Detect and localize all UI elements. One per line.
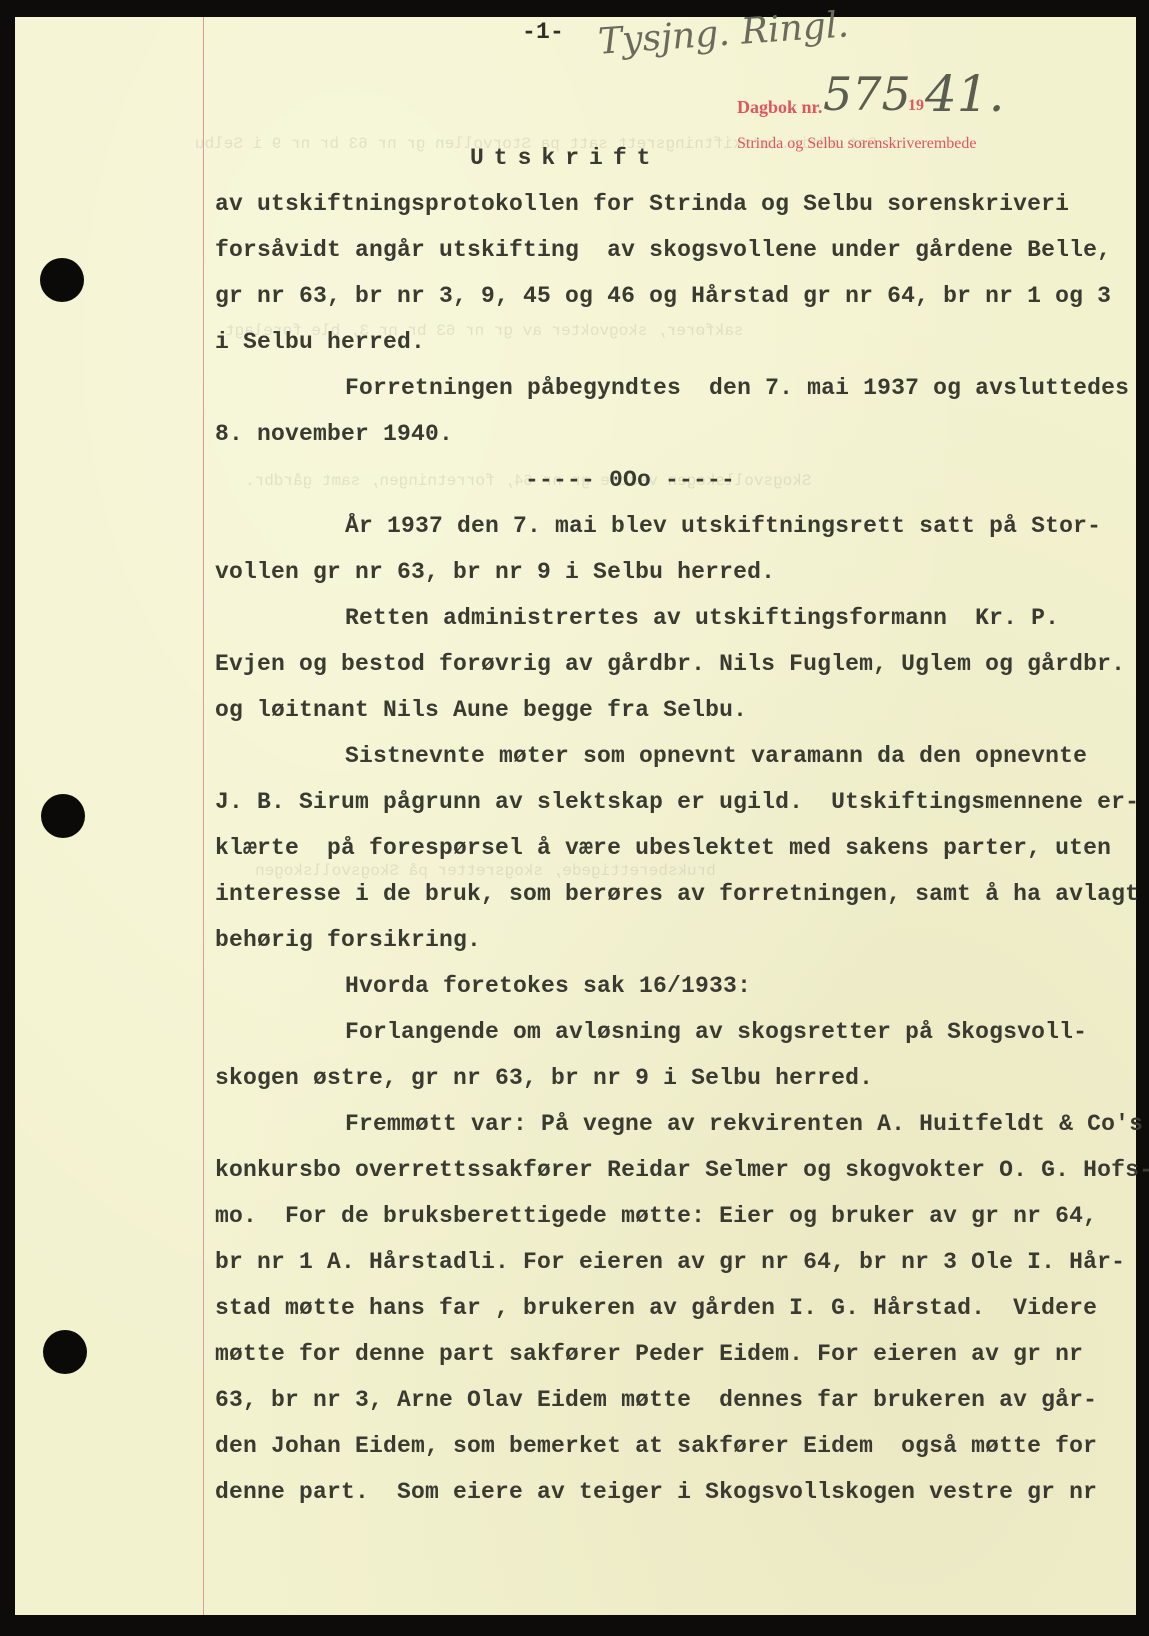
- text-line: Forlangende om avløsning av skogsretter …: [345, 1021, 1087, 1044]
- punch-hole: [40, 258, 84, 302]
- text-line: 63, br nr 3, Arne Olav Eidem møtte denne…: [215, 1389, 1097, 1412]
- stamp-dagbok-label: Dagbok nr.: [737, 97, 822, 118]
- punch-hole: [41, 794, 85, 838]
- section-divider: ----- 0Oo -----: [525, 469, 735, 492]
- text-line: møtte for denne part sakfører Peder Eide…: [215, 1343, 1083, 1366]
- text-line: br nr 1 A. Hårstadli. For eieren av gr n…: [215, 1251, 1125, 1274]
- punch-hole: [43, 1330, 87, 1374]
- text-line: interesse i de bruk, som berøres av forr…: [215, 883, 1139, 906]
- text-line: klærte på forespørsel å være ubeslektet …: [215, 837, 1111, 860]
- text-line: Forretningen påbegyndtes den 7. mai 1937…: [345, 377, 1129, 400]
- text-line: denne part. Som eiere av teiger i Skogsv…: [215, 1481, 1097, 1504]
- text-line: stad møtte hans far , brukeren av gården…: [215, 1297, 1097, 1320]
- margin-rule: [203, 17, 204, 1615]
- text-line: Sistnevnte møter som opnevnt varamann da…: [345, 745, 1087, 768]
- bleed-through-text: bruksberettigede, skogsretter på Skogsvo…: [255, 862, 716, 880]
- text-line: forsåvidt angår utskifting av skogsvolle…: [215, 239, 1111, 262]
- page-number: -1-: [522, 21, 564, 44]
- text-line: Retten administrertes av utskiftingsform…: [345, 607, 1059, 630]
- text-line: 8. november 1940.: [215, 423, 453, 446]
- stamp-office: Strinda og Selbu sorenskriverembede: [737, 135, 977, 153]
- text-line: den Johan Eidem, som bemerket at sakføre…: [215, 1435, 1097, 1458]
- text-line: i Selbu herred.: [215, 331, 425, 354]
- text-line: gr nr 63, br nr 3, 9, 45 og 46 og Hårsta…: [215, 285, 1111, 308]
- text-line: Fremmøtt var: På vegne av rekvirenten A.…: [345, 1113, 1143, 1136]
- document-page: Ret admin. utskiftningsrett satt pa Stor…: [15, 17, 1136, 1615]
- text-line: År 1937 den 7. mai blev utskiftningsrett…: [345, 515, 1101, 538]
- text-line: av utskiftningsprotokollen for Strinda o…: [215, 193, 1069, 216]
- text-line: mo. For de bruksberettigede møtte: Eier …: [215, 1205, 1097, 1228]
- text-line: og løitnant Nils Aune begge fra Selbu.: [215, 699, 747, 722]
- text-line: vollen gr nr 63, br nr 9 i Selbu herred.: [215, 561, 775, 584]
- text-line: behørig forsikring.: [215, 929, 481, 952]
- text-line: skogen østre, gr nr 63, br nr 9 i Selbu …: [215, 1067, 873, 1090]
- handwritten-note: Tysjng. Ringl.: [597, 4, 850, 62]
- text-line: Evjen og bestod forøvrig av gårdbr. Nils…: [215, 653, 1125, 676]
- document-title: Utskrift: [470, 147, 660, 170]
- text-line: J. B. Sirum pågrunn av slektskap er ugil…: [215, 791, 1139, 814]
- text-line: konkursbo overrettssakfører Reidar Selme…: [215, 1159, 1149, 1182]
- stamp-year-prefix: 19: [908, 97, 924, 115]
- text-line: Hvorda foretokes sak 16/1933:: [345, 975, 751, 998]
- stamp-dagbok-number: 575: [823, 67, 911, 121]
- stamp-year: 41.: [925, 65, 1005, 123]
